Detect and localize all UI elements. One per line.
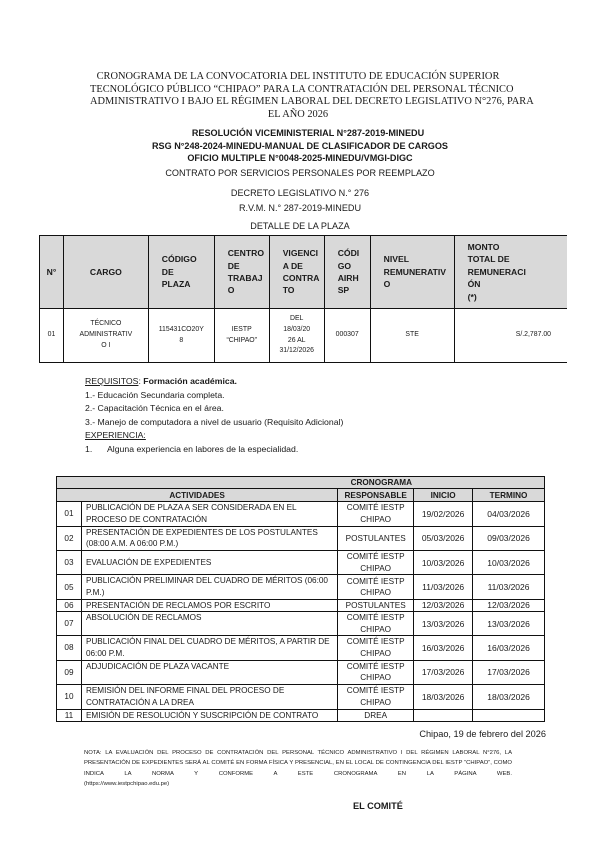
cell-cargo: TÉCNICO ADMINISTRATIV O I <box>63 309 148 363</box>
cell-end: 13/03/2026 <box>473 611 545 635</box>
cell-end: 12/03/2026 <box>473 599 545 611</box>
schedule-row: 10REMISIÓN DEL INFORME FINAL DEL PROCESO… <box>57 684 545 709</box>
cell-number: 01 <box>57 502 82 527</box>
plaza-header-row: N°CARGOCÓDIGO DE PLAZACENTRO DE TRABAJ O… <box>40 236 568 309</box>
cell-activity: PRESENTACIÓN DE EXPEDIENTES DE LOS POSTU… <box>81 526 337 551</box>
note-url: (https://www.iestpchipao.edu.pe) <box>84 779 512 789</box>
cell-start: 18/03/2026 <box>414 684 473 709</box>
cell-nivel: STE <box>370 309 454 363</box>
cell-number: 08 <box>57 636 82 661</box>
cell-airhsp: 000307 <box>324 309 370 363</box>
header-nivel-remunerativo: NIVEL REMUNERATIV O <box>370 236 454 309</box>
schedule-row: 01PUBLICACIÓN DE PLAZA A SER CONSIDERADA… <box>57 502 545 527</box>
cell-activity: PRESENTACIÓN DE RECLAMOS POR ESCRITO <box>81 599 337 611</box>
cell-end: 16/03/2026 <box>473 636 545 661</box>
note: NOTA: LA EVALUACIÓN DEL PROCESO DE CONTR… <box>84 748 512 789</box>
cell-responsible: COMITÉ IESTP CHIPAO <box>338 660 414 684</box>
schedule-header-row: ACTIVIDADES RESPONSABLE INICIO TERMINO <box>57 489 545 502</box>
cell-start: 10/03/2026 <box>414 551 473 575</box>
cell-responsible: COMITÉ IESTP CHIPAO <box>338 611 414 635</box>
cell-vigencia: DEL 18/03/20 26 AL 31/12/2026 <box>269 309 324 363</box>
cell-start: 05/03/2026 <box>414 526 473 551</box>
title-line: EL AÑO 2026 <box>90 109 506 122</box>
cell-start: 17/03/2026 <box>414 660 473 684</box>
cell-start: 12/03/2026 <box>414 599 473 611</box>
schedule-row: 03EVALUACIÓN DE EXPEDIENTESCOMITÉ IESTP … <box>57 551 545 575</box>
header-vigencia: VIGENCI A DE CONTRA TO <box>269 236 324 309</box>
cell-activity: EVALUACIÓN DE EXPEDIENTES <box>81 551 337 575</box>
cell-activity: ADJUDICACIÓN DE PLAZA VACANTE <box>81 660 337 684</box>
header-codigo-plaza: CÓDIGO DE PLAZA <box>148 236 214 309</box>
cell-responsible: POSTULANTES <box>338 599 414 611</box>
plaza-table: N°CARGOCÓDIGO DE PLAZACENTRO DE TRABAJ O… <box>39 235 567 363</box>
cell-activity: REMISIÓN DEL INFORME FINAL DEL PROCESO D… <box>81 684 337 709</box>
cell-start: 11/03/2026 <box>414 575 473 600</box>
cell-number: 03 <box>57 551 82 575</box>
header-codigo-airhsp: CÓDI GO AIRH SP <box>324 236 370 309</box>
cell-activity: ABSOLUCIÓN DE RECLAMOS <box>81 611 337 635</box>
cell-start: 19/02/2026 <box>414 502 473 527</box>
schedule-row: 08PUBLICACIÓN FINAL DEL CUADRO DE MÉRITO… <box>57 636 545 661</box>
cell-responsible: POSTULANTES <box>338 526 414 551</box>
header-start: INICIO <box>414 489 473 502</box>
legal-references: RESOLUCIÓN VICEMINISTERIAL N°287-2019-MI… <box>100 127 500 165</box>
cell-centro: IESTP “CHIPAO” <box>214 309 269 363</box>
cell-number: 11 <box>57 709 82 721</box>
signature: EL COMITÉ <box>353 801 403 811</box>
cell-activity: PUBLICACIÓN FINAL DEL CUADRO DE MÉRITOS,… <box>81 636 337 661</box>
formation-label: Formación académica. <box>143 376 237 386</box>
requirements-heading: REQUISITOS: Formación académica. <box>85 375 343 389</box>
detail-title: DETALLE DE LA PLAZA <box>100 221 500 231</box>
requirement-item: 1.- Educación Secundaria completa. <box>85 389 343 403</box>
place-date: Chipao, 19 de febrero del 2026 <box>419 729 546 739</box>
requirements-section: REQUISITOS: Formación académica. 1.- Edu… <box>85 375 343 457</box>
experience-item: 1.Alguna experiencia en labores de la es… <box>85 443 343 457</box>
document-title: CRONOGRAMA DE LA CONVOCATORIA DEL INSTIT… <box>90 71 506 121</box>
legal-reference: RESOLUCIÓN VICEMINISTERIAL N°287-2019-MI… <box>100 127 500 140</box>
cell-monto: S/.2,787.00 <box>454 309 567 363</box>
schedule-row: 09ADJUDICACIÓN DE PLAZA VACANTECOMITÉ IE… <box>57 660 545 684</box>
cell-number: 06 <box>57 599 82 611</box>
cell-number: 09 <box>57 660 82 684</box>
schedule-row: 02PRESENTACIÓN DE EXPEDIENTES DE LOS POS… <box>57 526 545 551</box>
title-line: TECNOLÓGICO PÚBLICO “CHIPAO” PARA LA CON… <box>90 84 506 97</box>
header-cargo: CARGO <box>63 236 148 309</box>
header-activities: ACTIVIDADES <box>57 489 338 502</box>
header-end: TERMINO <box>473 489 545 502</box>
cell-responsible: COMITÉ IESTP CHIPAO <box>338 551 414 575</box>
schedule-row: 11EMISIÓN DE RESOLUCIÓN Y SUSCRIPCIÓN DE… <box>57 709 545 721</box>
cell-number: 02 <box>57 526 82 551</box>
schedule-row: 06PRESENTACIÓN DE RECLAMOS POR ESCRITOPO… <box>57 599 545 611</box>
header-n: N° <box>40 236 64 309</box>
title-line: CRONOGRAMA DE LA CONVOCATORIA DEL INSTIT… <box>90 71 506 84</box>
schedule-title: CRONOGRAMA <box>57 477 545 489</box>
decree: DECRETO LEGISLATIVO N.° 276 <box>100 188 500 198</box>
header-responsible: RESPONSABLE <box>338 489 414 502</box>
cell-activity: PUBLICACIÓN PRELIMINAR DEL CUADRO DE MÉR… <box>81 575 337 600</box>
document-page: CRONOGRAMA DE LA CONVOCATORIA DEL INSTIT… <box>0 0 596 842</box>
plaza-row: 01TÉCNICO ADMINISTRATIV O I115431CO20Y 8… <box>40 309 568 363</box>
cell-codigo-plaza: 115431CO20Y 8 <box>148 309 214 363</box>
cell-responsible: COMITÉ IESTP CHIPAO <box>338 684 414 709</box>
title-line: ADMINISTRATIVO I BAJO EL RÉGIMEN LABORAL… <box>90 96 506 109</box>
cell-number: 05 <box>57 575 82 600</box>
schedule-table: CRONOGRAMA ACTIVIDADES RESPONSABLE INICI… <box>56 476 545 722</box>
experience-label: EXPERIENCIA: <box>85 429 343 443</box>
cell-start <box>414 709 473 721</box>
cell-end: 11/03/2026 <box>473 575 545 600</box>
cell-n: 01 <box>40 309 64 363</box>
cell-end: 09/03/2026 <box>473 526 545 551</box>
cell-start: 16/03/2026 <box>414 636 473 661</box>
schedule-title-row: CRONOGRAMA <box>57 477 545 489</box>
cell-end: 10/03/2026 <box>473 551 545 575</box>
cell-activity: EMISIÓN DE RESOLUCIÓN Y SUSCRIPCIÓN DE C… <box>81 709 337 721</box>
cell-responsible: DREA <box>338 709 414 721</box>
header-centro-trabajo: CENTRO DE TRABAJ O <box>214 236 269 309</box>
cell-responsible: COMITÉ IESTP CHIPAO <box>338 636 414 661</box>
cell-start: 13/03/2026 <box>414 611 473 635</box>
legal-reference: OFICIO MULTIPLE N°0048-2025-MINEDU/VMGI-… <box>100 152 500 165</box>
cell-responsible: COMITÉ IESTP CHIPAO <box>338 575 414 600</box>
note-text: NOTA: LA EVALUACIÓN DEL PROCESO DE CONTR… <box>84 748 512 779</box>
cell-number: 10 <box>57 684 82 709</box>
requirement-item: 2.- Capacitación Técnica en el área. <box>85 402 343 416</box>
schedule-row: 05PUBLICACIÓN PRELIMINAR DEL CUADRO DE M… <box>57 575 545 600</box>
contract-type: CONTRATO POR SERVICIOS PERSONALES POR RE… <box>100 168 500 178</box>
cell-end: 18/03/2026 <box>473 684 545 709</box>
requirements-label: REQUISITOS <box>85 376 138 386</box>
rvm: R.V.M. N.° 287-2019-MINEDU <box>100 203 500 213</box>
cell-responsible: COMITÉ IESTP CHIPAO <box>338 502 414 527</box>
requirement-item: 3.- Manejo de computadora a nivel de usu… <box>85 416 343 430</box>
cell-activity: PUBLICACIÓN DE PLAZA A SER CONSIDERADA E… <box>81 502 337 527</box>
cell-end <box>473 709 545 721</box>
legal-reference: RSG N°248-2024-MINEDU-MANUAL DE CLASIFIC… <box>100 140 500 153</box>
cell-end: 17/03/2026 <box>473 660 545 684</box>
cell-end: 04/03/2026 <box>473 502 545 527</box>
schedule-row: 07ABSOLUCIÓN DE RECLAMOSCOMITÉ IESTP CHI… <box>57 611 545 635</box>
header-monto-total: MONTO TOTAL DE REMUNERACI ÓN (*) <box>454 236 567 309</box>
cell-number: 07 <box>57 611 82 635</box>
